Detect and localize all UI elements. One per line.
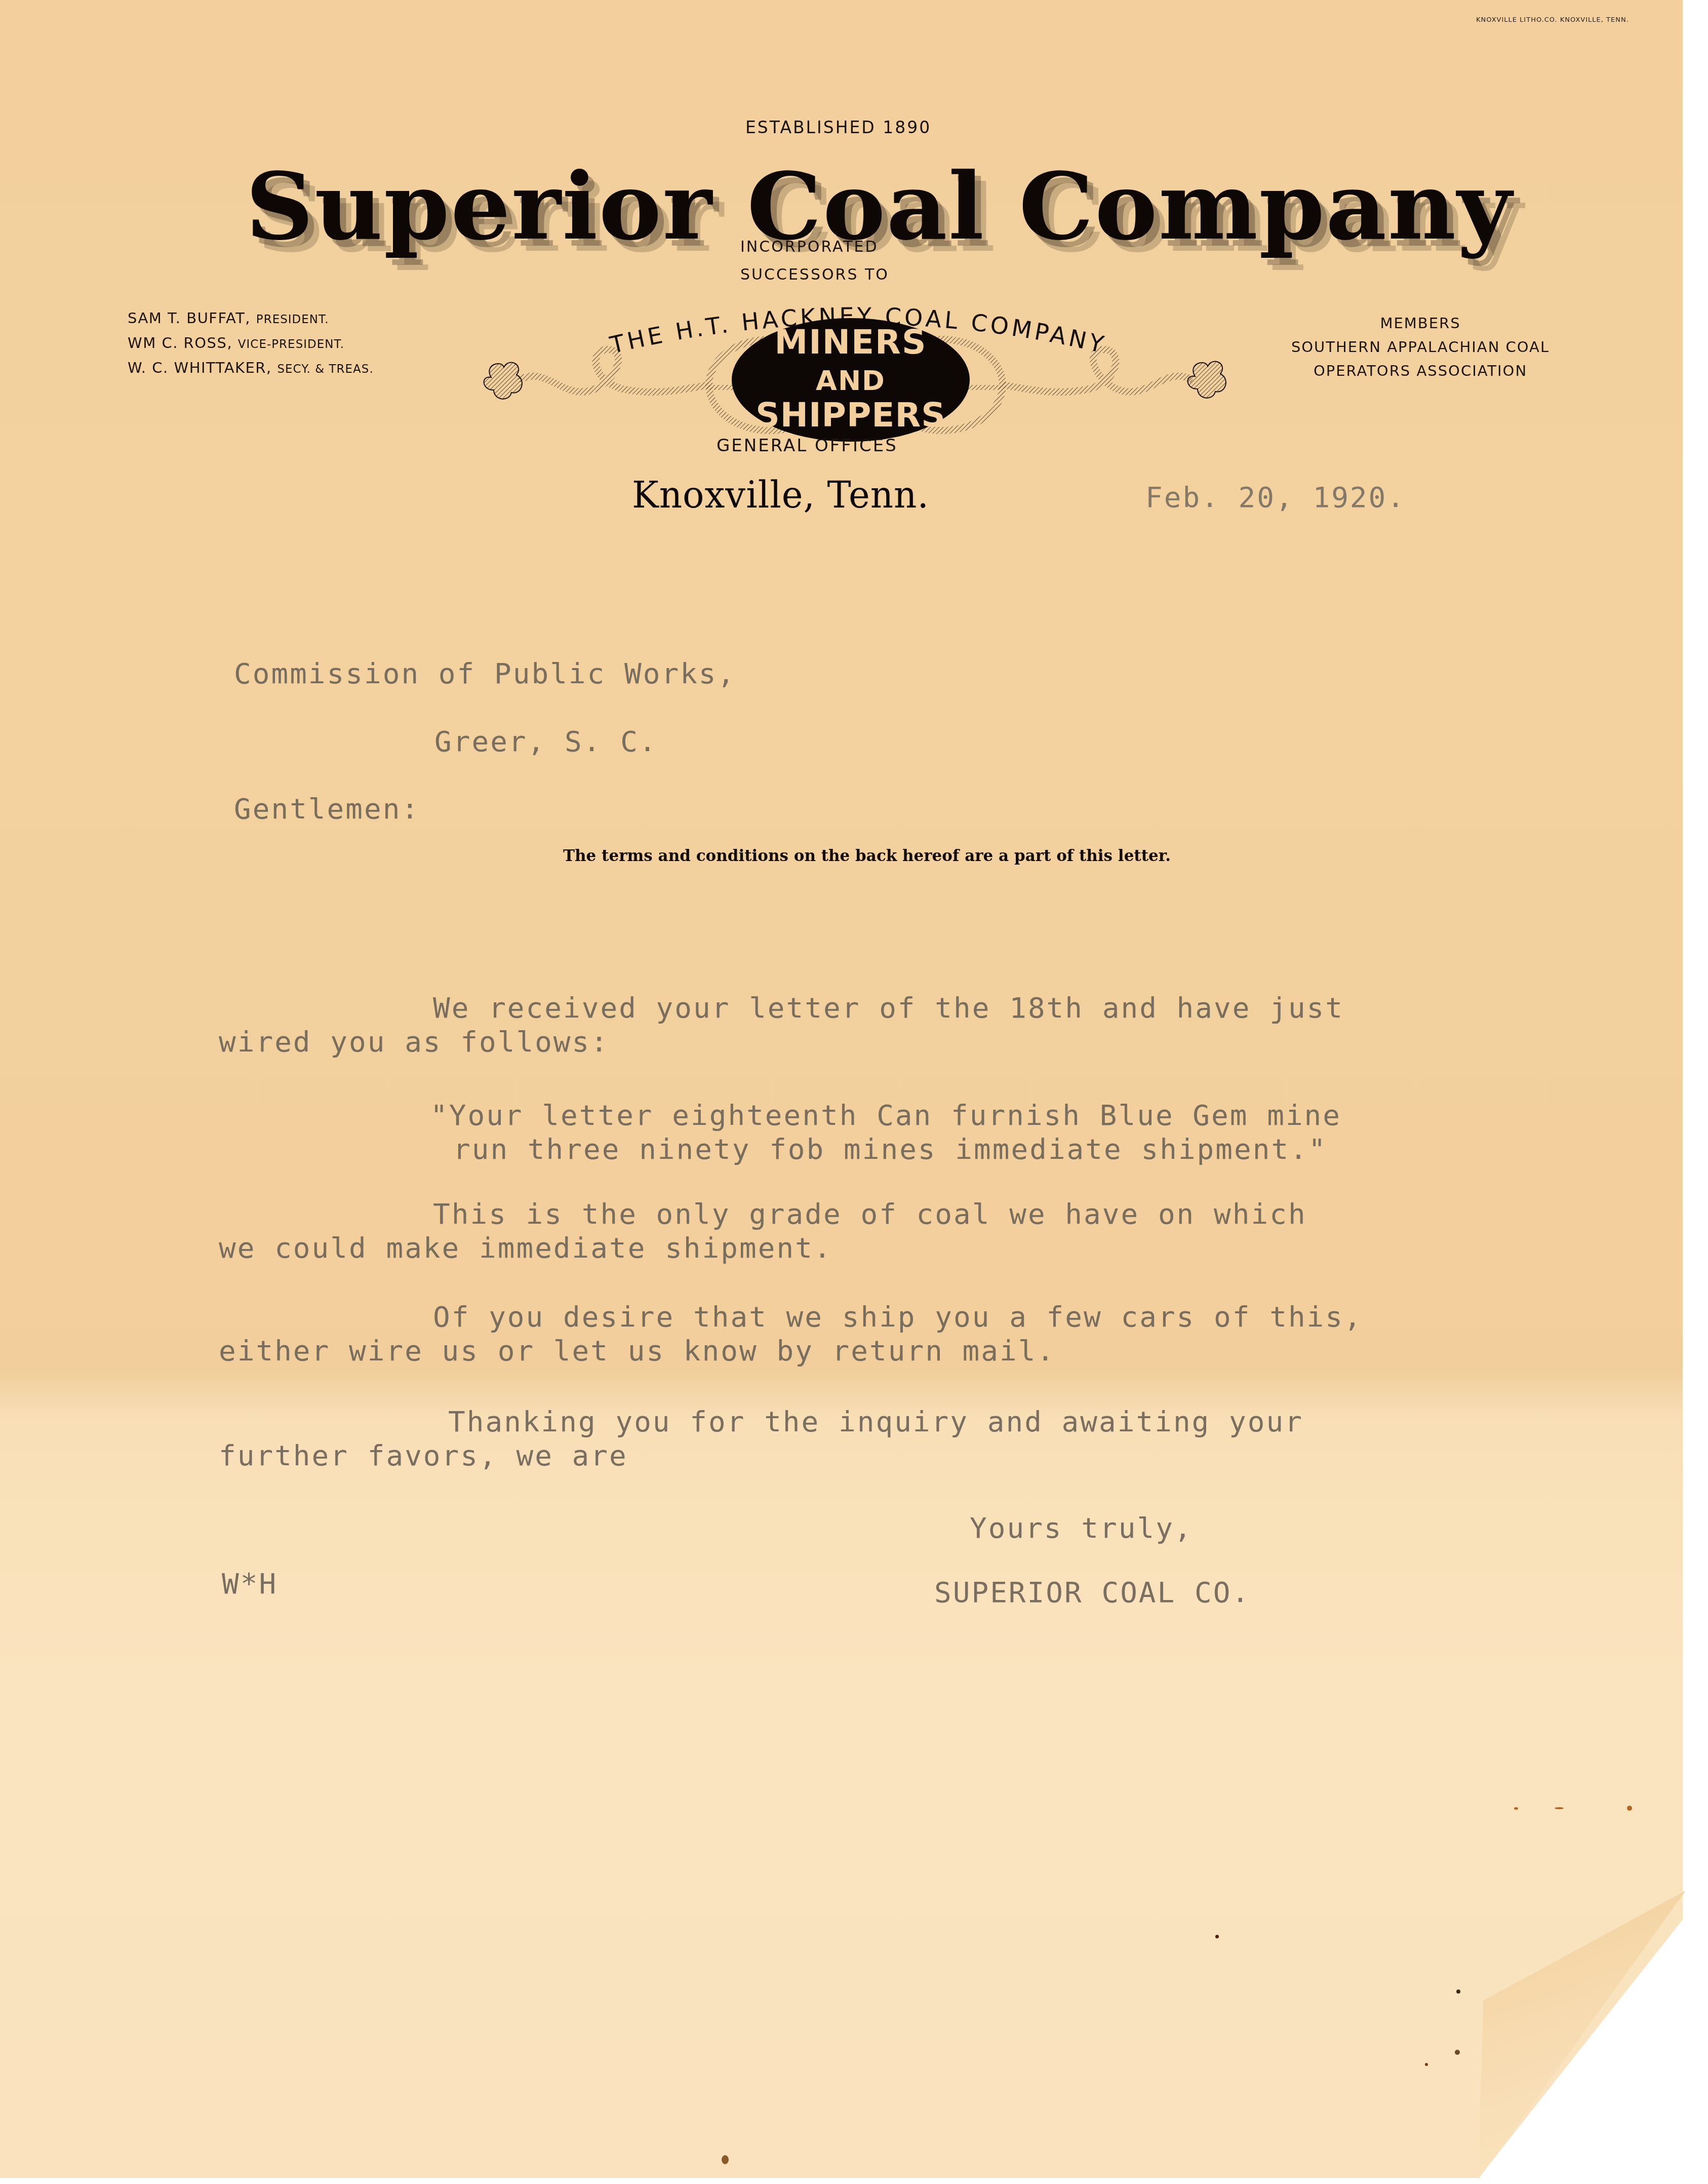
officer-secretary-treasurer: W. C. WHITTAKER, SECY. & TREAS.: [128, 356, 374, 381]
body-line: This is the only grade of coal we have o…: [433, 1198, 1307, 1231]
body-line: "Your letter eighteenth Can furnish Blue…: [430, 1099, 1341, 1132]
rust-spot: [1555, 1807, 1564, 1809]
typist-initials: W*H: [222, 1568, 277, 1601]
letter-date: Feb. 20, 1920.: [1145, 481, 1406, 514]
dirt-spot: [1455, 2050, 1460, 2055]
established-year: ESTABLISHED 1890: [745, 118, 931, 137]
dirt-spot: [1425, 2063, 1428, 2066]
officers-list: SAM T. BUFFAT, PRESIDENT. WM C. ROSS, VI…: [128, 306, 374, 381]
incorporated-label: INCORPORATED: [740, 238, 879, 256]
svg-text:MINERS: MINERS: [775, 323, 927, 362]
officer-president: SAM T. BUFFAT, PRESIDENT.: [128, 306, 374, 331]
body-line: Thanking you for the inquiry and awaitin…: [448, 1406, 1303, 1438]
officer-vice-president: WM C. ROSS, VICE-PRESIDENT.: [128, 331, 374, 356]
rust-spot: [1627, 1806, 1632, 1811]
company-name-heading: Superior Coal Company: [246, 152, 1513, 260]
body-line: further favors, we are: [219, 1439, 628, 1472]
svg-text:SHIPPERS: SHIPPERS: [756, 396, 946, 435]
body-line: either wire us or let us know by return …: [219, 1335, 1055, 1368]
svg-text:AND: AND: [816, 365, 886, 397]
successors-to-label: SUCCESSORS TO: [740, 266, 889, 284]
recipient-location: Greer, S. C.: [434, 725, 658, 758]
body-line: wired you as follows:: [219, 1026, 609, 1059]
rust-spot: [1514, 1807, 1518, 1810]
dirt-spot: [1215, 1935, 1219, 1938]
body-line: run three ninety fob mines immediate shi…: [453, 1133, 1327, 1166]
body-line: we could make immediate shipment.: [219, 1232, 832, 1265]
closing-line: Yours truly,: [970, 1512, 1193, 1545]
terms-notice: The terms and conditions on the back her…: [563, 847, 1171, 865]
signature-company: SUPERIOR COAL CO.: [934, 1576, 1250, 1609]
office-city: Knoxville, Tenn.: [632, 474, 929, 516]
recipient-name: Commission of Public Works,: [234, 657, 736, 690]
association-membership: MEMBERS SOUTHERN APPALACHIAN COAL OPERAT…: [1266, 311, 1575, 383]
general-offices-label: GENERAL OFFICES: [717, 436, 898, 456]
body-line: Of you desire that we ship you a few car…: [433, 1301, 1363, 1334]
body-line: We received your letter of the 18th and …: [433, 992, 1344, 1025]
ink-spot: [722, 2155, 729, 2164]
dirt-spot: [1456, 1990, 1460, 1994]
printer-imprint: KNOXVILLE LITHO.CO. KNOXVILLE, TENN.: [1476, 16, 1629, 24]
miners-and-shippers-logo: MINERS AND SHIPPERS: [709, 314, 992, 446]
salutation: Gentlemen:: [234, 793, 420, 826]
